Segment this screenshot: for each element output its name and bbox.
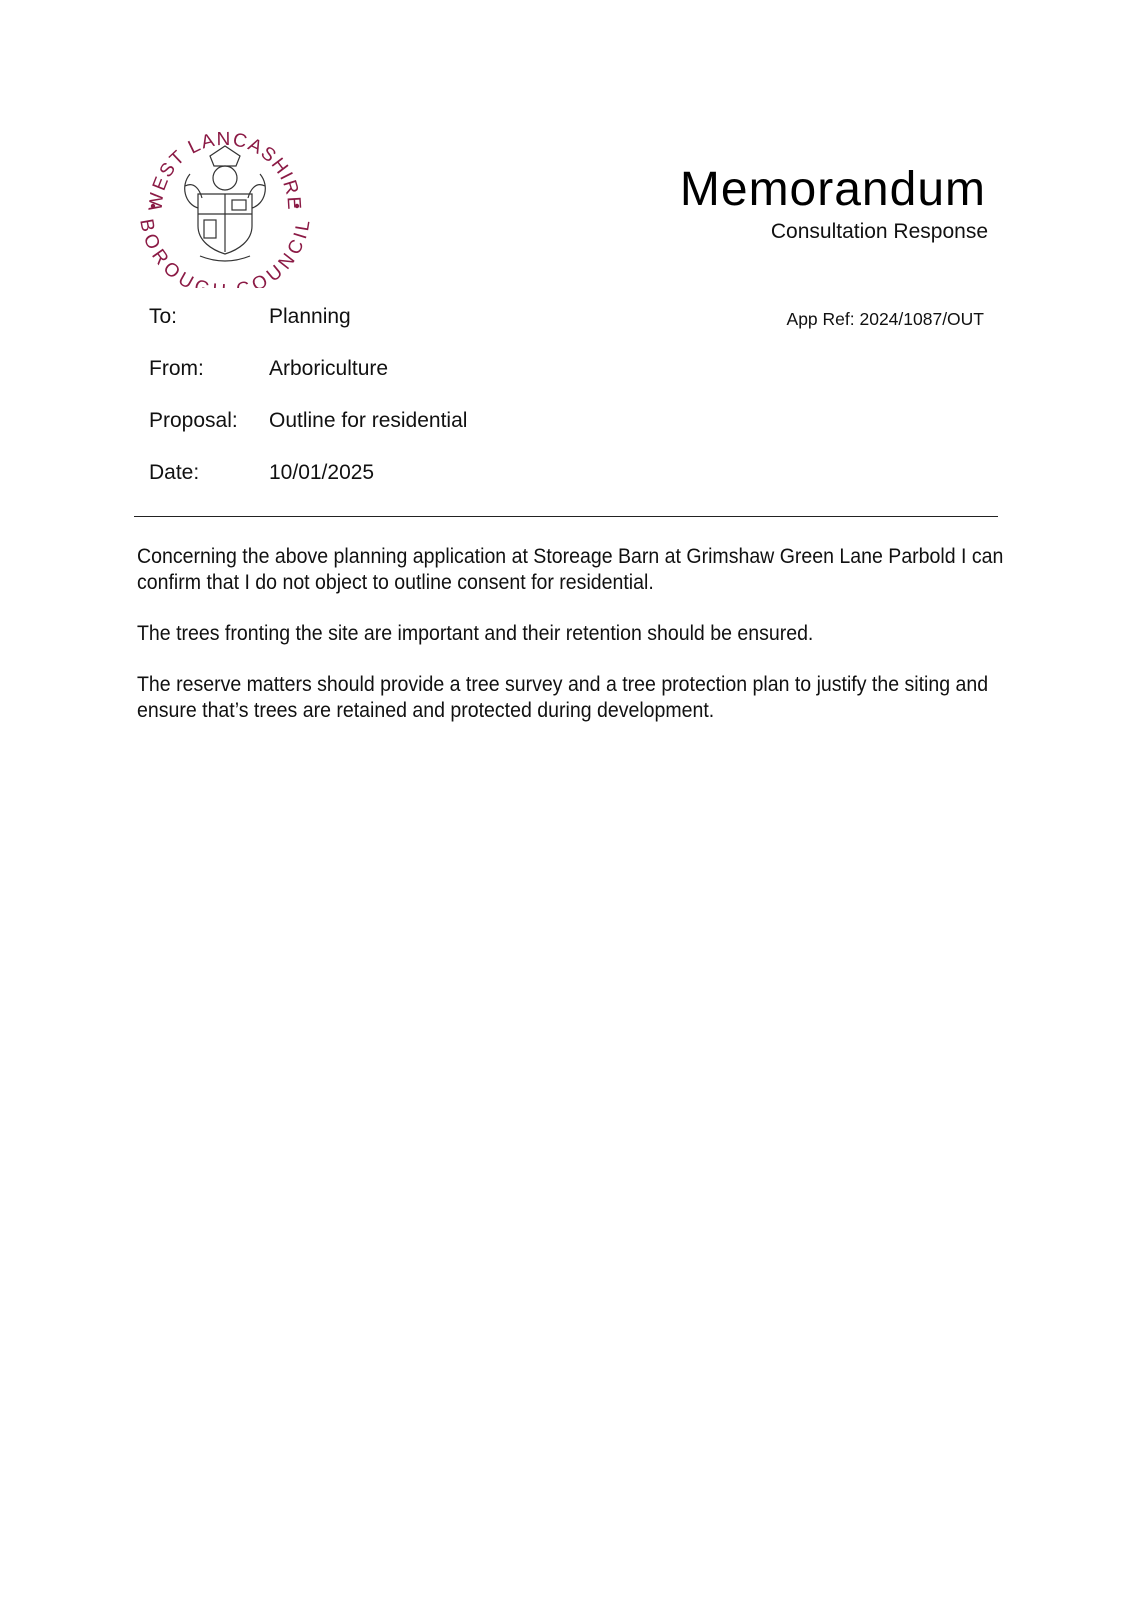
meta-value: 10/01/2025	[269, 461, 374, 485]
meta-value: Outline for residential	[269, 409, 467, 433]
council-crest-icon: WEST LANCASHIRE BOROUGH COUNCIL	[140, 116, 310, 288]
meta-label: To:	[149, 305, 269, 329]
meta-row-from: From: Arboriculture	[149, 357, 467, 409]
memo-body: Concerning the above planning applicatio…	[137, 544, 946, 749]
meta-row-date: Date: 10/01/2025	[149, 461, 467, 513]
meta-row-to: To: Planning	[149, 305, 467, 357]
meta-row-proposal: Proposal: Outline for residential	[149, 409, 467, 461]
meta-label: From:	[149, 357, 269, 381]
body-paragraph: The reserve matters should provide a tre…	[137, 672, 1011, 724]
divider	[134, 516, 998, 517]
memo-meta: To: Planning From: Arboriculture Proposa…	[149, 305, 467, 513]
meta-value: Arboriculture	[269, 357, 388, 381]
body-paragraph: Concerning the above planning applicatio…	[137, 544, 1011, 596]
body-paragraph: The trees fronting the site are importan…	[137, 621, 1011, 647]
meta-label: Proposal:	[149, 409, 269, 433]
app-reference: App Ref: 2024/1087/OUT	[787, 309, 984, 330]
council-logo: WEST LANCASHIRE BOROUGH COUNCIL	[140, 116, 310, 288]
memo-title: Memorandum	[680, 162, 986, 217]
meta-value: Planning	[269, 305, 351, 329]
meta-label: Date:	[149, 461, 269, 485]
memo-subtitle: Consultation Response	[771, 220, 988, 244]
